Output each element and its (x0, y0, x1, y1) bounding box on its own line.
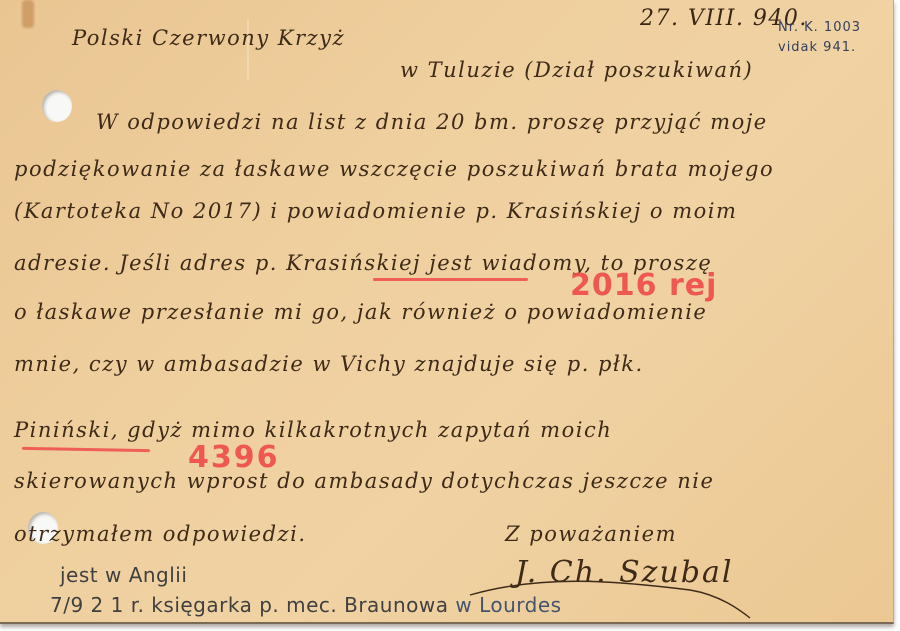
paper-stain (22, 0, 34, 28)
postcard: 27. VIII. 940. Nr. K. 1003 vidak 941. Po… (0, 0, 894, 624)
pencil-note-location: w Lourdes (455, 593, 561, 617)
red-underline-pininski (22, 447, 150, 452)
punch-hole-top (42, 90, 72, 122)
archive-note-number: Nr. K. 1003 (778, 20, 861, 35)
recipient-line: Polski Czerwony Krzyż (72, 26, 345, 50)
recipient-place: w Tuluzie (Dział poszukiwań) (400, 58, 753, 82)
body-line: o łaskawe przesłanie mi go, jak również … (14, 300, 707, 324)
closing-line: Z poważaniem (505, 522, 677, 546)
pencil-note-line2: 7/9 2 1 r. księgarka p. mec. Braunowa w … (50, 593, 562, 617)
archive-note-reference: vidak 941. (778, 40, 856, 55)
body-line: Piniński, gdyż mimo kilkakrotnych zapyta… (14, 418, 612, 442)
red-underline-krasinska (373, 278, 528, 281)
body-line: W odpowiedzi na list z dnia 20 bm. prosz… (96, 110, 768, 134)
red-annotation-4396: 4396 (188, 440, 280, 475)
pencil-note-text: 7/9 2 1 r. księgarka p. mec. Braunowa (50, 593, 449, 617)
body-line: skierowanych wprost do ambasady dotychcz… (14, 469, 714, 493)
body-line: otrzymałem odpowiedzi. (14, 522, 307, 546)
body-line: (Kartoteka No 2017) i powiadomienie p. K… (14, 199, 737, 223)
pencil-note-line1: jest w Anglii (60, 563, 187, 587)
red-annotation-2016: 2016 rej (570, 268, 717, 303)
body-line: podziękowanie za łaskawe wszczęcie poszu… (14, 157, 774, 181)
body-line: mnie, czy w ambasadzie w Vichy znajduje … (14, 352, 644, 376)
